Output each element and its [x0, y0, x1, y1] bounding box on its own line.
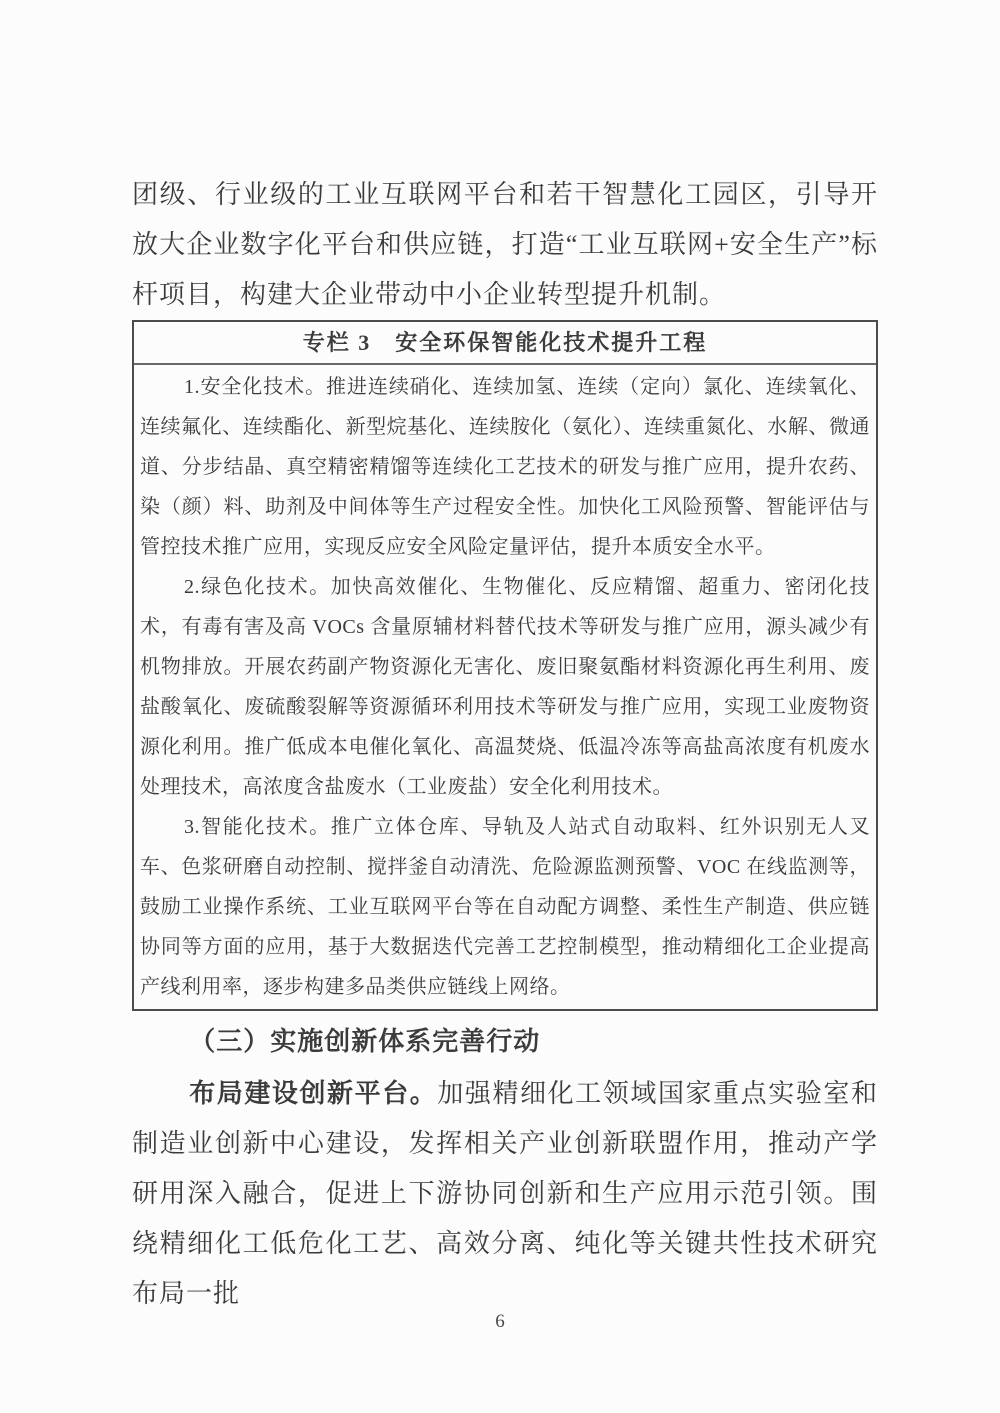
page-number: 6	[0, 1311, 1000, 1333]
intro-paragraph: 团级、行业级的工业互联网平台和若干智慧化工园区，引导开放大企业数字化平台和供应链…	[132, 170, 878, 320]
box-paragraph-smart: 3.智能化技术。推广立体仓库、导轨及人站式自动取料、红外识别无人叉车、色浆研磨自…	[140, 807, 870, 1007]
box-paragraph-safety: 1.安全化技术。推进连续硝化、连续加氢、连续（定向）氯化、连续氧化、连续氟化、连…	[140, 367, 870, 567]
paragraph-lead: 布局建设创新平台。	[189, 1079, 437, 1108]
page-content: 团级、行业级的工业互联网平台和若干智慧化工园区，引导开放大企业数字化平台和供应链…	[0, 0, 1000, 1319]
body-paragraph: 布局建设创新平台。加强精细化工领域国家重点实验室和制造业创新中心建设，发挥相关产…	[132, 1069, 878, 1319]
document-page: 团级、行业级的工业互联网平台和若干智慧化工园区，引导开放大企业数字化平台和供应链…	[0, 0, 1000, 1413]
box-paragraph-green: 2.绿色化技术。加快高效催化、生物催化、反应精馏、超重力、密闭化技术，有毒有害及…	[140, 567, 870, 807]
paragraph-text: 加强精细化工领域国家重点实验室和制造业创新中心建设，发挥相关产业创新联盟作用，推…	[132, 1079, 878, 1308]
callout-box: 专栏 3 安全环保智能化技术提升工程 1.安全化技术。推进连续硝化、连续加氢、连…	[132, 320, 878, 1011]
callout-box-title: 专栏 3 安全环保智能化技术提升工程	[134, 322, 876, 365]
callout-box-body: 1.安全化技术。推进连续硝化、连续加氢、连续（定向）氯化、连续氧化、连续氟化、连…	[134, 365, 876, 1009]
section-heading: （三）实施创新体系完善行动	[132, 1017, 878, 1067]
